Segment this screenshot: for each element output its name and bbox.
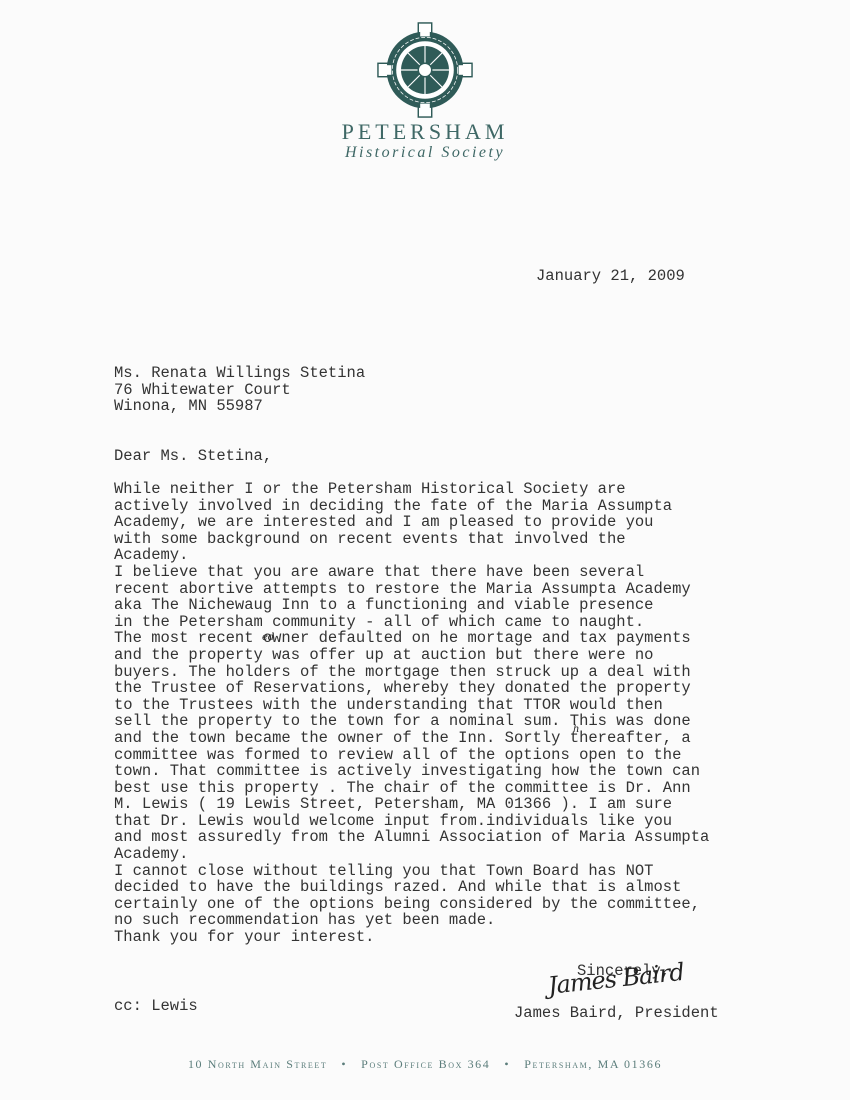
body-line: the Trustee of Reservations, whereby the… — [114, 680, 709, 697]
cc-line: cc: Lewis — [114, 998, 198, 1015]
handwritten-insert-ed: ed — [262, 632, 274, 643]
body-line: I believe that you are aware that there … — [114, 564, 709, 581]
body-line: committee was formed to review all of th… — [114, 747, 709, 764]
body-line: certainly one of the options being consi… — [114, 896, 709, 913]
footer-street: 10 North Main Street — [188, 1057, 327, 1071]
letter-date: January 21, 2009 — [536, 268, 685, 285]
body-line: no such recommendation has yet been made… — [114, 912, 709, 929]
body-line: aka The Nichewaug Inn to a functioning a… — [114, 597, 709, 614]
body-line: with some background on recent events th… — [114, 531, 709, 548]
body-line: actively involved in deciding the fate o… — [114, 498, 709, 515]
body-line: town. That committee is actively investi… — [114, 763, 709, 780]
handwritten-signature: James Baird — [547, 958, 685, 1000]
recipient-city: Winona, MN 55987 — [114, 398, 365, 415]
body-line: Academy. — [114, 547, 709, 564]
body-line: recent abortive attempts to restore the … — [114, 581, 709, 598]
recipient-address: Ms. Renata Willings Stetina76 Whitewater… — [114, 365, 365, 415]
body-line: to the Trustees with the understanding t… — [114, 697, 709, 714]
body-line: Academy. — [114, 846, 709, 863]
org-subtitle: Historical Society — [0, 144, 850, 162]
handwritten-insert-h: h — [573, 724, 579, 735]
letterhead: PETERSHAM Historical Society — [0, 22, 850, 162]
footer-separator: • — [504, 1057, 510, 1071]
body-line: decided to have the buildings razed. And… — [114, 879, 709, 896]
body-line: sell the property to the town for a nomi… — [114, 713, 709, 730]
org-name: PETERSHAM — [0, 120, 850, 144]
body-line: and most assuredly from the Alumni Assoc… — [114, 829, 709, 846]
footer-address: 10 North Main Street•Post Office Box 364… — [0, 1057, 850, 1072]
footer-city: Petersham, MA 01366 — [524, 1057, 662, 1071]
recipient-street: 76 Whitewater Court — [114, 382, 365, 399]
body-line: buyers. The holders of the mortgage then… — [114, 664, 709, 681]
body-line: and the property was offer up at auction… — [114, 647, 709, 664]
signer-line: James Baird, President — [514, 1005, 719, 1022]
body-line: M. Lewis ( 19 Lewis Street, Petersham, M… — [114, 796, 709, 813]
body-line: Thank you for your interest. — [114, 929, 709, 946]
salutation: Dear Ms. Stetina, — [114, 448, 272, 465]
body-line: that Dr. Lewis would welcome input from.… — [114, 813, 709, 830]
body-line: Academy, we are interested and I am plea… — [114, 514, 709, 531]
footer-separator: • — [341, 1057, 347, 1071]
body-line: best use this property . The chair of th… — [114, 780, 709, 797]
letter-body: While neither I or the Petersham Histori… — [114, 481, 709, 946]
body-line: and the town became the owner of the Inn… — [114, 730, 709, 747]
rose-window-emblem-icon — [377, 22, 473, 118]
body-line: I cannot close without telling you that … — [114, 863, 709, 880]
footer-po-box: Post Office Box 364 — [361, 1057, 490, 1071]
body-line: The most recent owner defaulted on he mo… — [114, 630, 709, 647]
body-line: in the Petersham community - all of whic… — [114, 614, 709, 631]
recipient-name: Ms. Renata Willings Stetina — [114, 365, 365, 382]
body-line: While neither I or the Petersham Histori… — [114, 481, 709, 498]
